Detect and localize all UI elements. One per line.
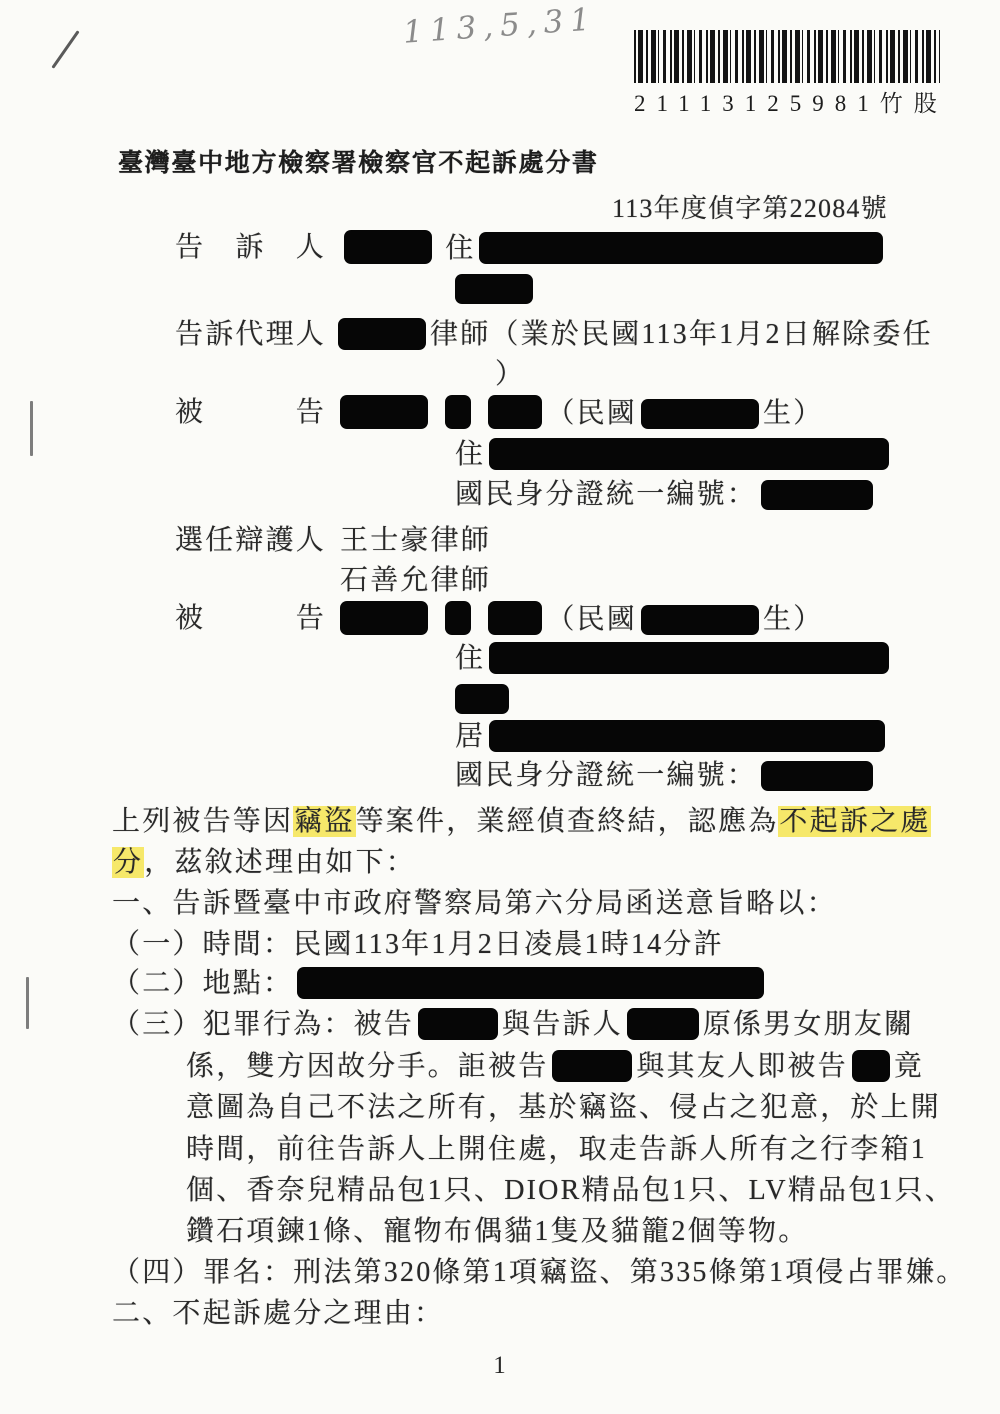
text-run	[475, 604, 484, 635]
text-run: 生）	[763, 604, 823, 635]
body-line: 分，茲敘述理由如下：	[112, 845, 416, 881]
defender-label: 選任辯護人	[175, 523, 326, 559]
text-run: （民國	[546, 604, 637, 635]
text-run: （四）罪名：刑法第320條第1項竊盜、第335條第1項侵占罪嫌。	[112, 1257, 966, 1288]
text-run: 上列被告等因	[112, 806, 293, 837]
redaction-block	[641, 399, 759, 429]
highlighted-text: 竊盜	[293, 806, 355, 837]
defendant1-value: （民國生）	[336, 395, 823, 432]
text-run: 時間，前往告訴人上開住處，取走告訴人所有之行李箱1	[186, 1134, 927, 1165]
defendant2-label: 被 告	[175, 601, 326, 637]
defendant1-id-number: 國民身分證統一編號：	[455, 477, 877, 513]
redaction-block	[489, 438, 889, 470]
redaction-block	[479, 232, 883, 264]
redaction-block	[455, 274, 533, 304]
barcode-bars	[634, 30, 940, 83]
text-run: （民國	[546, 398, 637, 429]
pen-slash-mark	[51, 30, 79, 69]
defendant2-value: （民國生）	[336, 601, 823, 638]
text-run: 居	[455, 721, 485, 752]
redaction-block	[340, 601, 428, 635]
complainant-value: 住	[340, 230, 887, 267]
text-run: 生）	[763, 398, 823, 429]
text-run: （二）地點：	[112, 968, 293, 999]
defendant1-address: 住	[455, 437, 893, 473]
text-run: 與告訴人	[502, 1009, 623, 1040]
defendant2-address-cont	[451, 681, 513, 717]
body-line: （二）地點：	[112, 966, 768, 1002]
handwritten-date: 113,5,31	[402, 1, 598, 50]
text-run: 鑽石項鍊1條、寵物布偶貓1隻及貓籠2個等物。	[186, 1216, 808, 1247]
text-run: 一、告訴暨臺中市政府警察局第六分局函送意旨略以：	[112, 888, 837, 919]
defendant2-address: 住	[455, 641, 893, 677]
body-line: 鑽石項鍊1條、寵物布偶貓1隻及貓籠2個等物。	[186, 1214, 808, 1250]
complainant-label: 告 訴 人	[175, 230, 326, 266]
redaction-block	[418, 1008, 498, 1040]
text-run	[475, 398, 484, 429]
redaction-block	[297, 967, 764, 999]
redaction-block	[761, 480, 873, 510]
defendant2-id-number: 國民身分證統一編號：	[455, 758, 877, 794]
text-run	[432, 604, 441, 635]
body-line: 意圖為自己不法之所有，基於竊盜、侵占之犯意，於上開	[186, 1090, 941, 1126]
highlighted-text: 分	[112, 847, 144, 878]
body-line: （三）犯罪行為：被告與告訴人原係男女朋友關	[112, 1007, 914, 1043]
text-run: 等案件，業經偵查終結，認應為	[356, 806, 779, 837]
text-run: 住	[436, 233, 475, 264]
redaction-block	[340, 395, 428, 429]
redaction-block	[344, 230, 432, 264]
barcode: 21113125981竹股	[634, 30, 946, 118]
case-number: 113年度偵字第22084號	[612, 191, 888, 227]
redaction-block	[489, 642, 889, 674]
redaction-block	[489, 720, 885, 752]
text-run: 竟	[894, 1051, 924, 1082]
body-line: （四）罪名：刑法第320條第1項竊盜、第335條第1項侵占罪嫌。	[112, 1255, 966, 1291]
agent-label: 告訴代理人	[175, 317, 326, 353]
text-run: 與其友人即被告	[636, 1051, 847, 1082]
text-run: （三）犯罪行為：被告	[112, 1009, 414, 1040]
defendant1-label: 被 告	[175, 395, 326, 431]
redaction-block	[445, 601, 471, 635]
text-run	[432, 398, 441, 429]
body-line: 個、香奈兒精品包1只、DIOR精品包1只、LV精品包1只、	[186, 1173, 955, 1209]
redaction-block	[338, 318, 426, 350]
highlighted-text: 不起訴之處	[778, 806, 931, 837]
complainant-value-cont	[451, 271, 537, 307]
redaction-block	[455, 684, 509, 714]
text-run: 國民身分證統一編號：	[455, 760, 757, 791]
agent-value-cont: ）	[495, 357, 525, 393]
staple-scan-mark	[26, 977, 29, 1029]
body-line: 二、不起訴處分之理由：	[112, 1296, 444, 1332]
text-run: 原係男女朋友關	[703, 1009, 914, 1040]
text-run: 係，雙方因故分手。詎被告	[186, 1051, 548, 1082]
redaction-block	[852, 1050, 890, 1082]
page-number: 1	[0, 1352, 1000, 1380]
redaction-block	[627, 1008, 699, 1040]
text-run: （一）時間：民國113年1月2日凌晨1時14分許	[112, 929, 724, 960]
redaction-block	[445, 395, 471, 429]
redaction-block	[761, 761, 873, 791]
body-line: 係，雙方因故分手。詎被告與其友人即被告竟	[186, 1049, 924, 1085]
text-run: 二、不起訴處分之理由：	[112, 1298, 444, 1329]
document-page: 113,5,31 21113125981竹股 臺灣臺中地方檢察署檢察官不起訴處分…	[0, 0, 1000, 1414]
redaction-block	[552, 1050, 632, 1082]
defendant2-residence: 居	[455, 719, 889, 755]
redaction-block	[641, 605, 759, 635]
text-run: 律師（業於民國113年1月2日解除委任	[430, 319, 933, 350]
body-line: 一、告訴暨臺中市政府警察局第六分局函送意旨略以：	[112, 886, 837, 922]
agent-value: 律師（業於民國113年1月2日解除委任	[334, 317, 933, 353]
document-title: 臺灣臺中地方檢察署檢察官不起訴處分書	[118, 146, 599, 182]
text-run: 意圖為自己不法之所有，基於竊盜、侵占之犯意，於上開	[186, 1092, 941, 1123]
barcode-text: 21113125981竹股	[634, 85, 946, 118]
body-line: （一）時間：民國113年1月2日凌晨1時14分許	[112, 927, 724, 963]
defender-name-2: 石善允律師	[340, 563, 491, 599]
staple-scan-mark	[30, 401, 33, 456]
text-run: ，茲敘述理由如下：	[144, 847, 416, 878]
text-run: 個、香奈兒精品包1只、DIOR精品包1只、LV精品包1只、	[186, 1175, 955, 1206]
redaction-block	[488, 601, 542, 635]
text-run: 國民身分證統一編號：	[455, 479, 757, 510]
text-run: 住	[455, 439, 485, 470]
text-run: 住	[455, 643, 485, 674]
redaction-block	[488, 395, 542, 429]
defender-name-1: 王士豪律師	[340, 523, 491, 559]
body-line: 時間，前往告訴人上開住處，取走告訴人所有之行李箱1	[186, 1132, 927, 1168]
body-line: 上列被告等因竊盜等案件，業經偵查終結，認應為不起訴之處	[112, 804, 931, 840]
